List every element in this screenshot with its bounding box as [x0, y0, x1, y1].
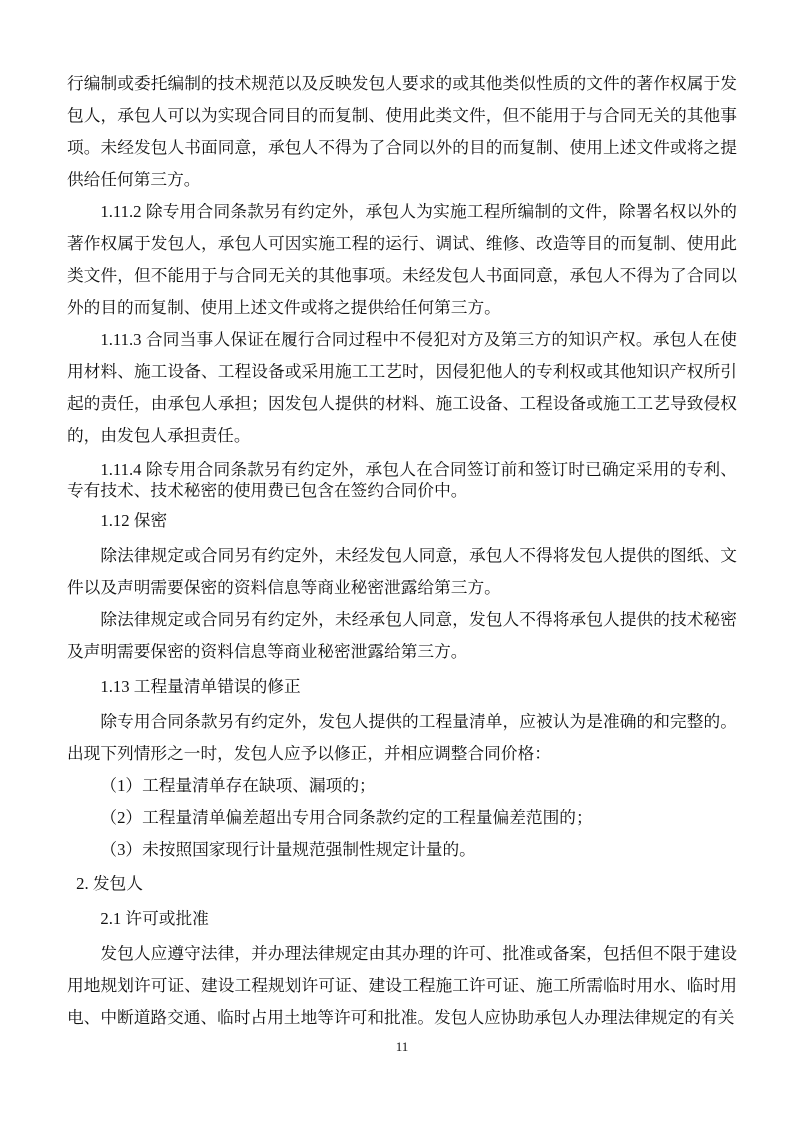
- paragraph-copyright-continuation: 行编制或委托编制的技术规范以及反映发包人要求的或其他类似性质的文件的著作权属于发…: [67, 68, 737, 196]
- list-item-1: （1）工程量清单存在缺项、漏项的；: [67, 770, 737, 802]
- paragraph-permits-body: 发包人应遵守法律，并办理法律规定由其办理的许可、批准或备案，包括但不限于建设用地…: [67, 938, 737, 1034]
- heading-clause-1-13-boq-correction: 1.13 工程量清单错误的修正: [67, 671, 737, 703]
- paragraph-confidentiality-employer: 除法律规定或合同另有约定外，未经发包人同意，承包人不得将发包人提供的图纸、文件以…: [67, 540, 737, 604]
- list-item-3: （3）未按照国家现行计量规范强制性规定计量的。: [67, 834, 737, 866]
- paragraph-clause-1-11-3: 1.11.3 合同当事人保证在履行合同过程中不侵犯对方及第三方的知识产权。承包人…: [67, 324, 737, 452]
- page-number: 11: [67, 1038, 737, 1056]
- document-page: 行编制或委托编制的技术规范以及反映发包人要求的或其他类似性质的文件的著作权属于发…: [0, 0, 793, 1122]
- list-item-2: （2）工程量清单偏差超出专用合同条款约定的工程量偏差范围的；: [67, 802, 737, 834]
- paragraph-boq-correction-intro: 除专用合同条款另有约定外，发包人提供的工程量清单，应被认为是准确的和完整的。出现…: [67, 706, 737, 770]
- heading-clause-1-12-confidentiality: 1.12 保密: [67, 505, 737, 537]
- paragraph-confidentiality-contractor: 除法律规定或合同另有约定外，未经承包人同意，发包人不得将承包人提供的技术秘密及声…: [67, 604, 737, 668]
- heading-section-2-employer: 2. 发包人: [67, 868, 737, 900]
- paragraph-clause-1-11-2: 1.11.2 除专用合同条款另有约定外，承包人为实施工程所编制的文件，除署名权以…: [67, 196, 737, 324]
- paragraph-clause-1-11-4: 1.11.4 除专用合同条款另有约定外，承包人在合同签订前和签订时已确定采用的专…: [67, 459, 737, 501]
- heading-clause-2-1-permits: 2.1 许可或批准: [67, 903, 737, 935]
